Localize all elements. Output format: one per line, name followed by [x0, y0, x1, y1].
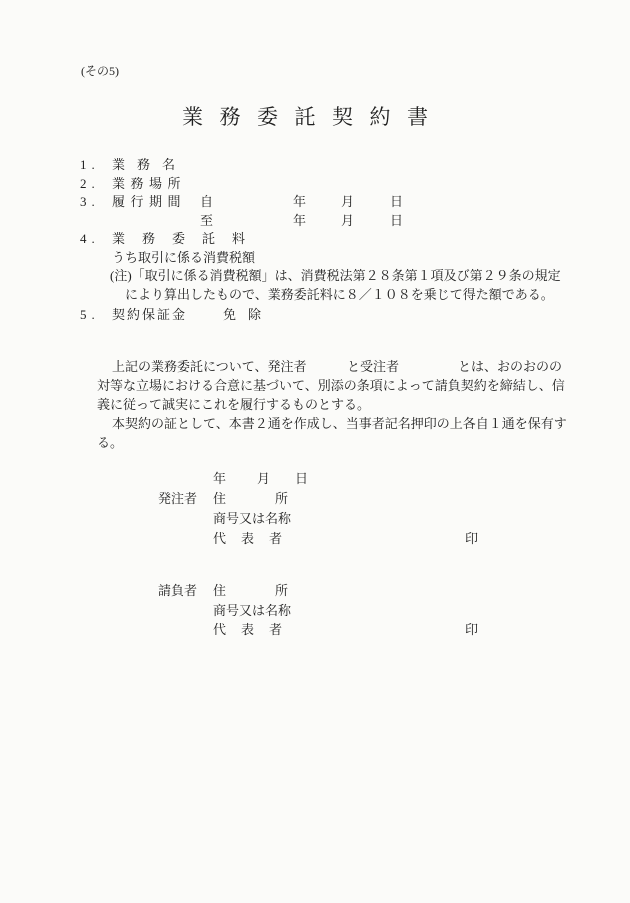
period-to-year-label: 年	[293, 212, 306, 230]
period-from-day-label: 日	[390, 193, 403, 211]
contractor-role-label: 請負者	[158, 582, 197, 600]
clause-5-label: 契約保証金	[112, 306, 187, 324]
clause-5-value: 免除	[223, 306, 273, 324]
clause-1-number: 1.	[80, 156, 100, 174]
period-from-year-label: 年	[293, 193, 306, 211]
body-p1-line3: 義に従って誠実にこれを履行するものとする。	[97, 396, 370, 414]
body-p2-line1: 本契約の証として、本書２通を作成し、当事者記名押印の上各自１通を保有す	[112, 415, 567, 433]
orderer-seal-mark: 印	[465, 530, 478, 548]
clause-3-number: 3.	[80, 193, 100, 211]
body-p1-line1-mid: と受注者	[347, 358, 399, 376]
contractor-seal-mark: 印	[465, 621, 478, 639]
document-title: 業務委託契約書	[182, 104, 445, 130]
contractor-address-label-right: 所	[275, 582, 288, 600]
contractor-representative-label: 代表者	[213, 621, 297, 639]
page-note: (その5)	[81, 63, 119, 79]
clause-5-number: 5.	[80, 306, 100, 324]
contractor-address-label-left: 住	[213, 582, 226, 600]
contractor-name-blank	[400, 358, 458, 376]
clause-4-number: 4.	[80, 230, 100, 248]
orderer-address-label-right: 所	[275, 490, 288, 508]
clause-4-label: 業務委託料	[112, 230, 262, 248]
signature-date-year-label: 年	[213, 470, 226, 488]
body-p1-line2: 対等な立場における合意に基づいて、別添の条項によって請負契約を締結し、信	[97, 377, 565, 395]
clause-4-note-line1: (注)「取引に係る消費税額」は、消費税法第２８条第１項及び第２９条の規定	[110, 267, 561, 285]
contract-document-page: (その5) 業務委託契約書 1. 業務名 2. 業務場所 3. 履行期間 自 年…	[0, 0, 630, 903]
period-from-label: 自	[200, 193, 213, 211]
orderer-name-blank	[310, 358, 347, 376]
period-to-day-label: 日	[390, 212, 403, 230]
orderer-role-label: 発注者	[158, 490, 197, 508]
orderer-company-label: 商号又は名称	[213, 510, 291, 528]
clause-4-note-line2: により算出したもので、業務委託料に８／１０８を乗じて得た額である。	[125, 286, 554, 304]
clause-2-label: 業務場所	[112, 175, 186, 193]
body-p1-line1-tail: とは、おのおのの	[458, 358, 562, 376]
orderer-address-label-left: 住	[213, 490, 226, 508]
body-p2-line2: る。	[97, 434, 123, 452]
clause-3-label: 履行期間	[112, 193, 186, 211]
clause-4-subline: うち取引に係る消費税額	[112, 249, 255, 267]
clause-2-number: 2.	[80, 175, 100, 193]
signature-date-day-label: 日	[295, 470, 308, 488]
contractor-company-label: 商号又は名称	[213, 602, 291, 620]
orderer-representative-label: 代表者	[213, 530, 297, 548]
signature-date-month-label: 月	[257, 470, 270, 488]
period-to-label: 至	[200, 212, 213, 230]
clause-1-label: 業務名	[112, 156, 187, 174]
period-from-month-label: 月	[341, 193, 354, 211]
body-p1-line1-lead: 上記の業務委託について、発注者	[112, 358, 306, 376]
period-to-month-label: 月	[341, 212, 354, 230]
